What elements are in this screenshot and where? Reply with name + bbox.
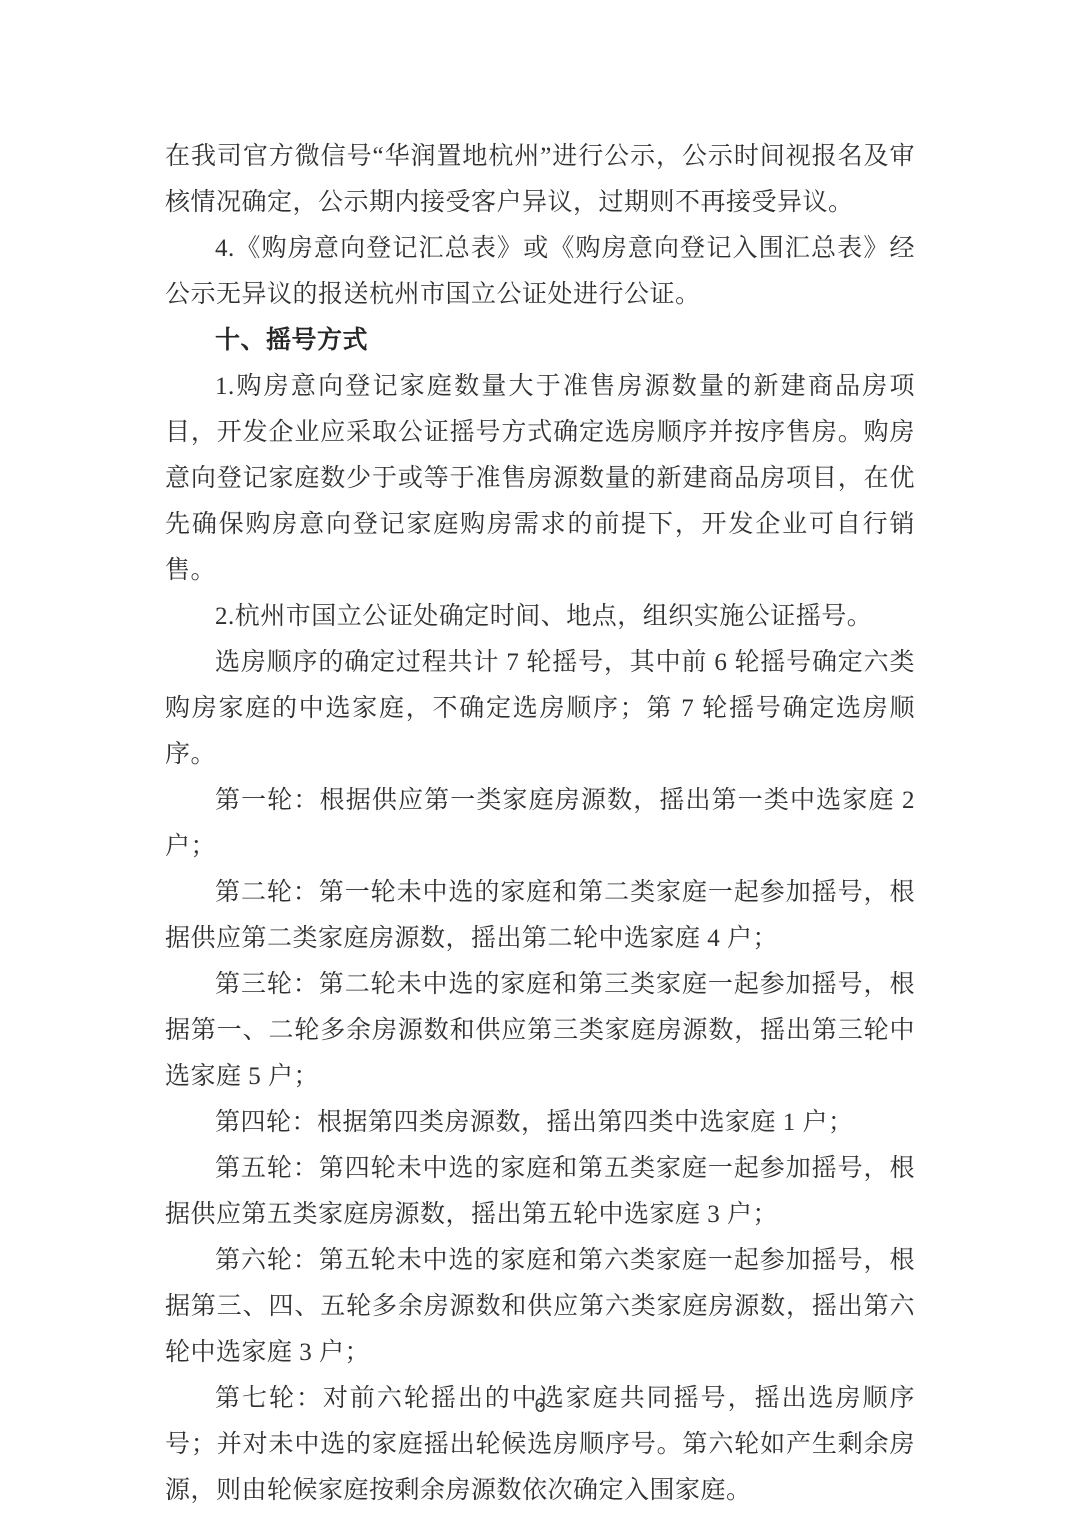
paragraph: 选房顺序的确定过程共计 7 轮摇号，其中前 6 轮摇号确定六类购房家庭的中选家庭… — [165, 640, 915, 778]
paragraph: 第一轮：根据供应第一类家庭房源数，摇出第一类中选家庭 2 户； — [165, 778, 915, 870]
section-heading: 十、摇号方式 — [165, 318, 915, 364]
paragraph: 在我司官方微信号“华润置地杭州”进行公示，公示时间视报名及审核情况确定，公示期内… — [165, 134, 915, 226]
page-number: 6 — [0, 1395, 1080, 1418]
paragraph: 1.购房意向登记家庭数量大于准售房源数量的新建商品房项目，开发企业应采取公证摇号… — [165, 364, 915, 594]
paragraph: 2.杭州市国立公证处确定时间、地点，组织实施公证摇号。 — [165, 594, 915, 640]
paragraph: 第二轮：第一轮未中选的家庭和第二类家庭一起参加摇号，根据供应第二类家庭房源数，摇… — [165, 870, 915, 962]
paragraph: 第五轮：第四轮未中选的家庭和第五类家庭一起参加摇号，根据供应第五类家庭房源数，摇… — [165, 1146, 915, 1238]
paragraph: 第三轮：第二轮未中选的家庭和第三类家庭一起参加摇号，根据第一、二轮多余房源数和供… — [165, 962, 915, 1100]
document-body: 在我司官方微信号“华润置地杭州”进行公示，公示时间视报名及审核情况确定，公示期内… — [165, 134, 915, 1514]
paragraph: 第六轮：第五轮未中选的家庭和第六类家庭一起参加摇号，根据第三、四、五轮多余房源数… — [165, 1238, 915, 1376]
document-page: 在我司官方微信号“华润置地杭州”进行公示，公示时间视报名及审核情况确定，公示期内… — [0, 0, 1080, 1528]
paragraph: 4.《购房意向登记汇总表》或《购房意向登记入围汇总表》经公示无异议的报送杭州市国… — [165, 226, 915, 318]
paragraph: 第四轮：根据第四类房源数，摇出第四类中选家庭 1 户； — [165, 1100, 915, 1146]
